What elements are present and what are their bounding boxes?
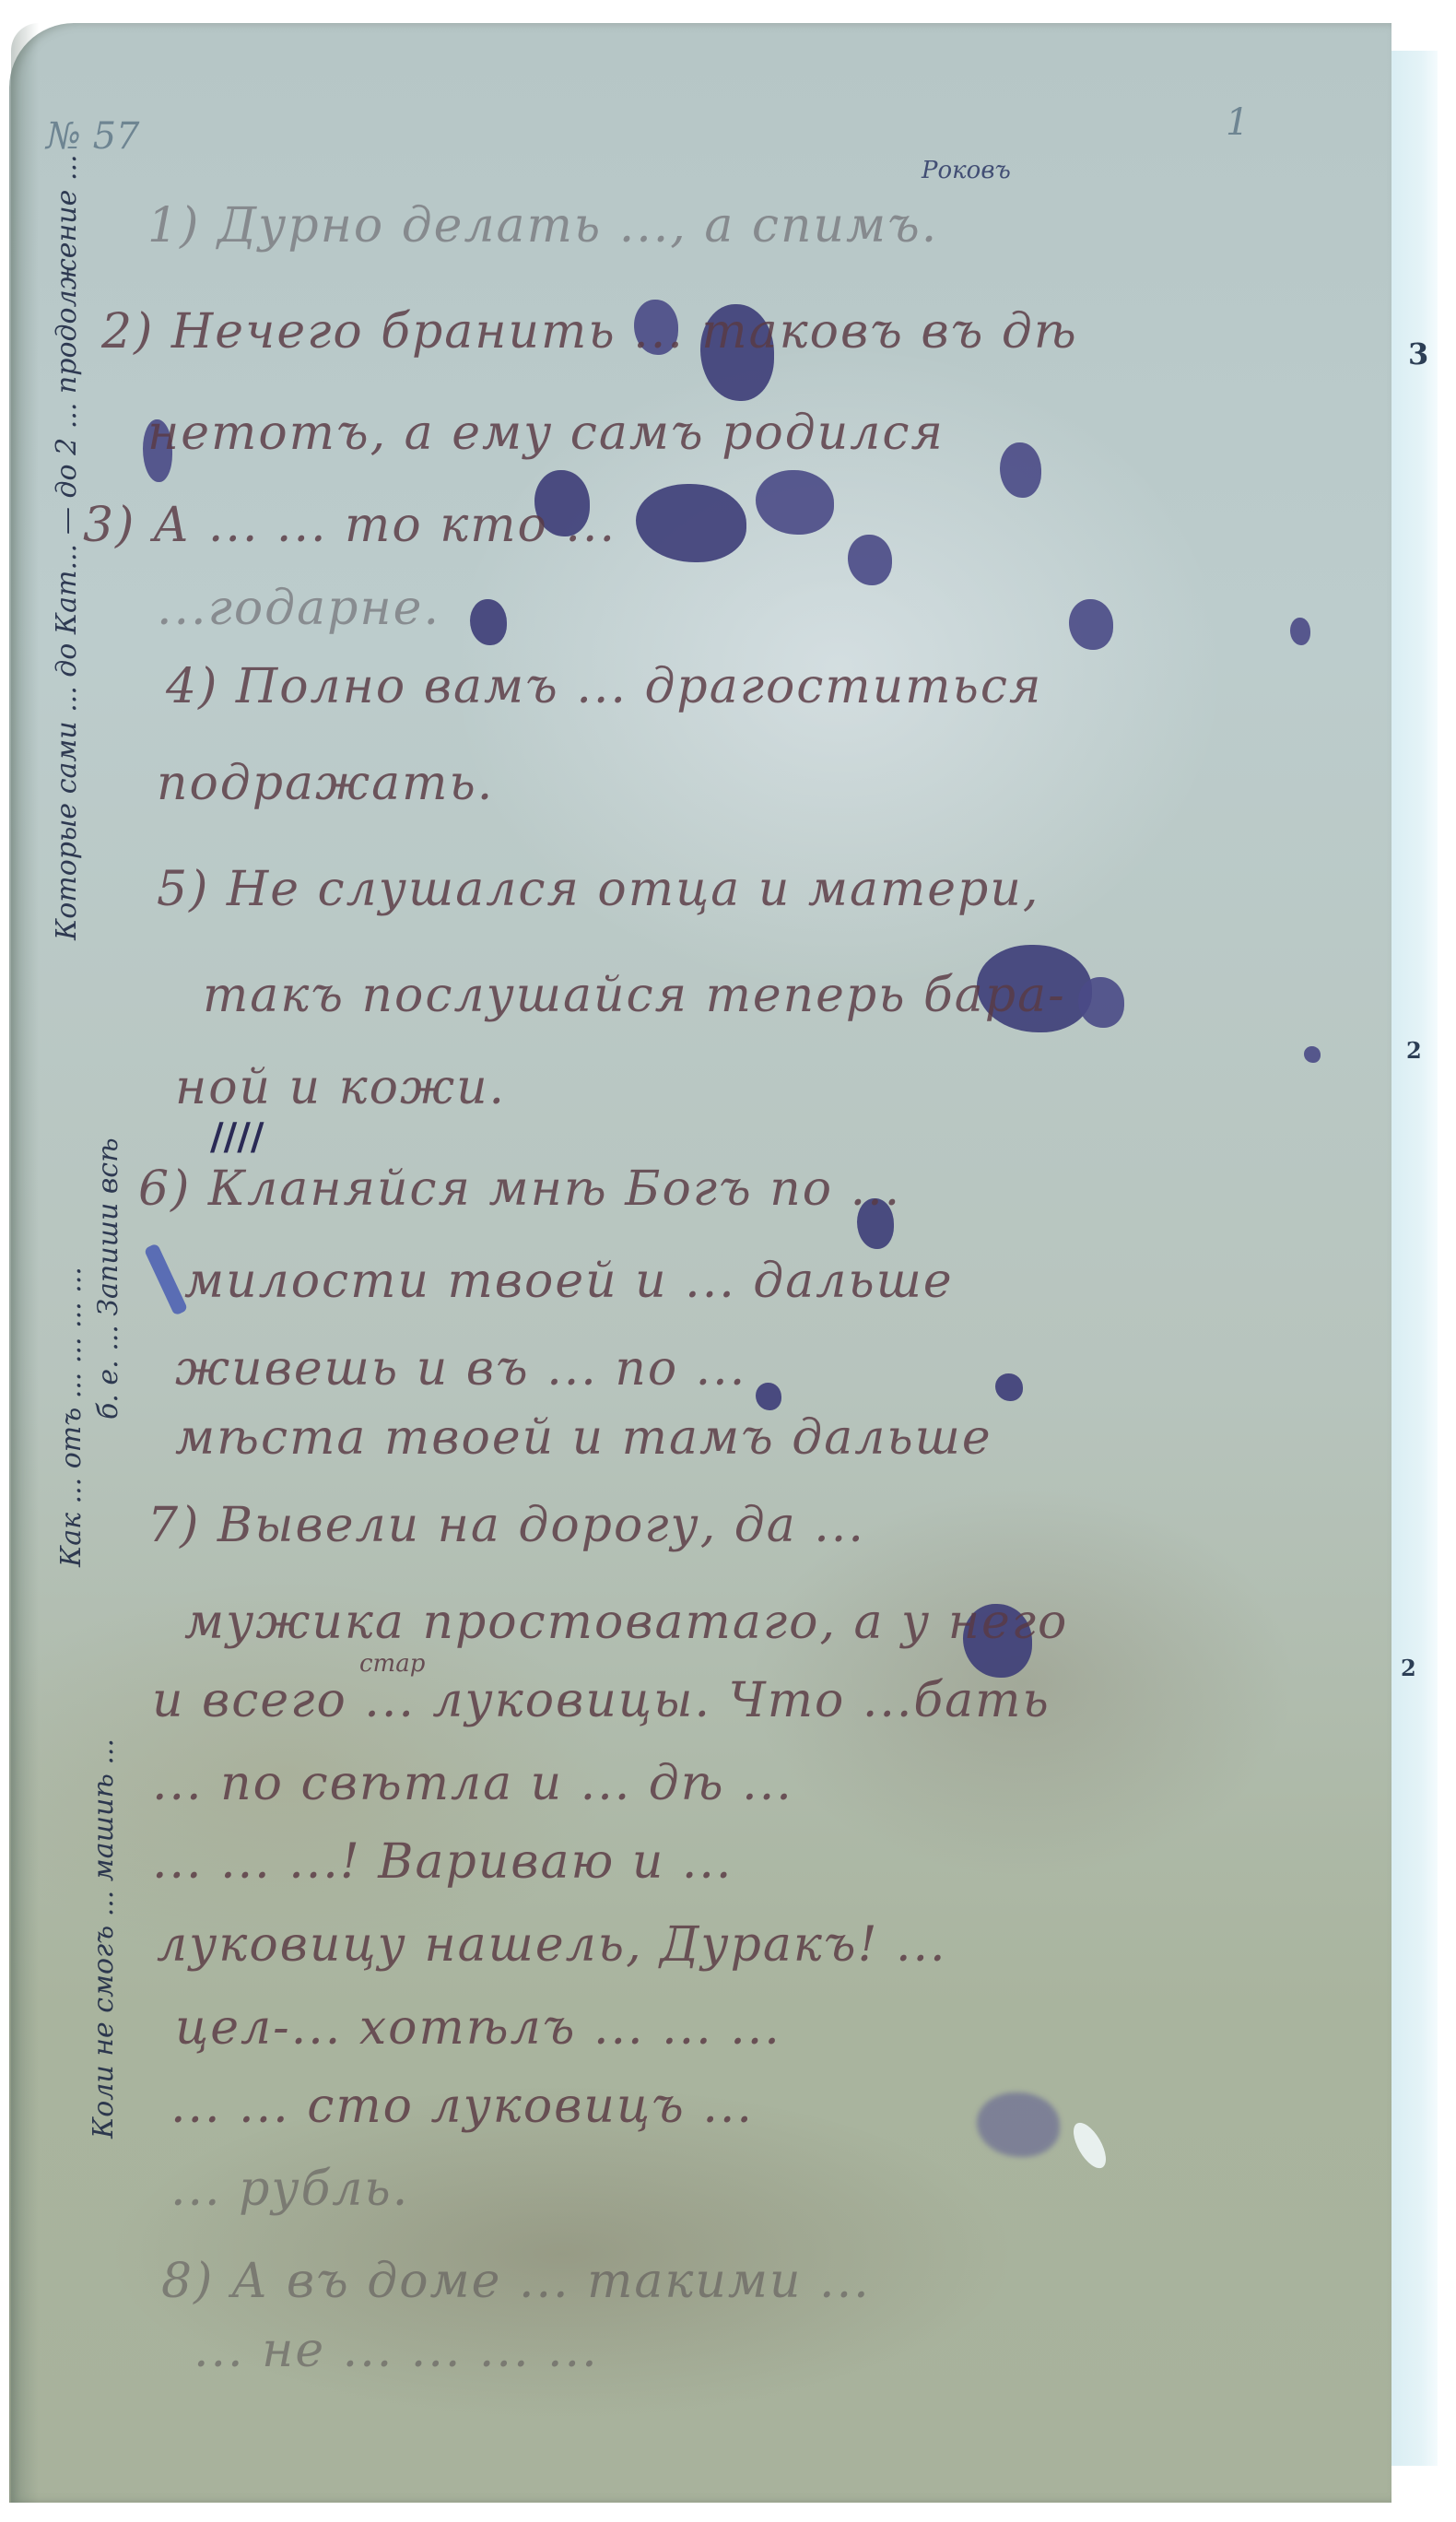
page-number-left: № 57 [46, 115, 139, 158]
interlinear-note: Роковъ [922, 157, 1011, 184]
manuscript-line: подражать. [157, 756, 494, 811]
item-number: 6) [138, 1161, 191, 1217]
margin-note: Как ... отъ ... ... ... ... [55, 1267, 88, 1567]
line-text: мѣста твоей и тамъ дальше [175, 1410, 992, 1466]
margin-note: б. е. ... Запиши всѣ [92, 1137, 124, 1420]
ink-blot [1069, 599, 1113, 650]
manuscript-line: 3) А ... ... то кто ... [83, 498, 616, 553]
line-text: такъ послушайся теперь бара- [203, 968, 1066, 1023]
manuscript-line: 2) Нечего бранить ... таковъ въ дѣ [101, 304, 1078, 359]
line-text: нетотъ, а ему самъ родился [147, 406, 945, 461]
item-number: 1) [147, 198, 200, 253]
edge-mark: 2 [1406, 1037, 1422, 1064]
manuscript-line: нетотъ, а ему самъ родился [147, 406, 945, 461]
margin-note: — до 2 ... продолжение ... [51, 154, 83, 535]
manuscript-line: 4) Полно вамъ ... драгоститься [166, 659, 1042, 714]
line-text: ... ... сто луковицъ ... [170, 2079, 754, 2134]
line-text: цел-... хотѣлъ ... ... ... [175, 2000, 781, 2056]
line-text: ...годарне. [157, 581, 440, 636]
manuscript-line: 6) Кланяйся мнѣ Богъ по ... [138, 1161, 901, 1217]
manuscript-line: живешь и въ ... по ... [175, 1341, 746, 1397]
line-text: живешь и въ ... по ... [175, 1341, 746, 1397]
manuscript-line: ... по свѣтла и ... дѣ ... [152, 1756, 793, 1811]
manuscript-line: ... рубль. [170, 2162, 409, 2217]
edge-mark: 2 [1401, 1655, 1416, 1681]
manuscript-line: ... не ... ... ... ... [194, 2323, 599, 2378]
line-text: А въ доме ... такими ... [231, 2254, 871, 2309]
manuscript-line: такъ послушайся теперь бара- [203, 968, 1066, 1023]
page-number-right: 1 [1226, 101, 1249, 144]
manuscript-line: ... ... сто луковицъ ... [170, 2079, 754, 2134]
manuscript-line: цел-... хотѣлъ ... ... ... [175, 2000, 781, 2056]
line-text: милости твоей и ... дальше [184, 1254, 954, 1309]
manuscript-line: 7) Вывели на дорогу, да ... [147, 1498, 865, 1553]
ink-blot [848, 535, 892, 585]
manuscript-line: 1) Дурно делать ..., а спимъ. [147, 198, 938, 253]
page-fold-shadow [11, 23, 39, 2503]
line-text: и всего ... луковицы. Что ...бать [152, 1673, 1051, 1728]
item-number: 5) [157, 862, 209, 917]
ink-blot [1078, 977, 1124, 1028]
line-text: Полно вамъ ... драгоститься [236, 659, 1042, 714]
line-text: ... ... ...! Вариваю и ... [152, 1834, 733, 1890]
line-text: Вывели на дорогу, да ... [217, 1498, 865, 1553]
manuscript-line: ... ... ...! Вариваю и ... [152, 1834, 733, 1890]
manuscript-line: мѣста твоей и тамъ дальше [175, 1410, 992, 1466]
ink-blot [1304, 1046, 1321, 1063]
manuscript-line: и всего ... луковицы. Что ...бать [152, 1673, 1051, 1728]
line-text: ... рубль. [170, 2162, 409, 2217]
manuscript-line: мужика простоватаго, а у него [184, 1595, 1068, 1650]
ink-blot [756, 1383, 781, 1410]
ink-blot [1000, 442, 1041, 498]
line-text: Нечего бранить ... таковъ въ дѣ [171, 304, 1078, 359]
manuscript-line: ...годарне. [157, 581, 440, 636]
line-text: ... не ... ... ... ... [194, 2323, 599, 2378]
line-text: ной и кожи. [175, 1060, 506, 1115]
manuscript-line: луковицу нашель, Дуракъ! ... [157, 1917, 947, 1973]
line-text: луковицу нашель, Дуракъ! ... [157, 1917, 947, 1973]
line-text: Кланяйся мнѣ Богъ по ... [208, 1161, 901, 1217]
ink-blot [995, 1373, 1023, 1401]
hatch-mark: //// [210, 1115, 264, 1159]
ink-blot [1290, 618, 1310, 645]
item-number: 2) [101, 304, 154, 359]
line-text: ... по свѣтла и ... дѣ ... [152, 1756, 793, 1811]
line-text: Не слушался отца и матери, [227, 862, 1039, 917]
edge-mark: 3 [1408, 336, 1428, 371]
margin-note: Коли не смогъ ... машиѣ ... [88, 1738, 120, 2139]
manuscript-line: 5) Не слушался отца и матери, [157, 862, 1039, 917]
manuscript-line: милости твоей и ... дальше [184, 1254, 954, 1309]
manuscript-line: 8) А въ доме ... такими ... [161, 2254, 871, 2309]
line-text: мужика простоватаго, а у него [184, 1595, 1068, 1650]
line-text: Дурно делать ..., а спимъ. [217, 198, 938, 253]
item-number: 3) [83, 498, 135, 553]
item-number: 7) [147, 1498, 200, 1553]
item-number: 4) [166, 659, 218, 714]
margin-note: Которые сами ... до Кат... [51, 544, 83, 940]
manuscript-line: ной и кожи. [175, 1060, 506, 1115]
ink-blot [470, 599, 507, 645]
line-text: А ... ... то кто ... [153, 498, 616, 553]
line-text: подражать. [157, 756, 494, 811]
item-number: 8) [161, 2254, 214, 2309]
